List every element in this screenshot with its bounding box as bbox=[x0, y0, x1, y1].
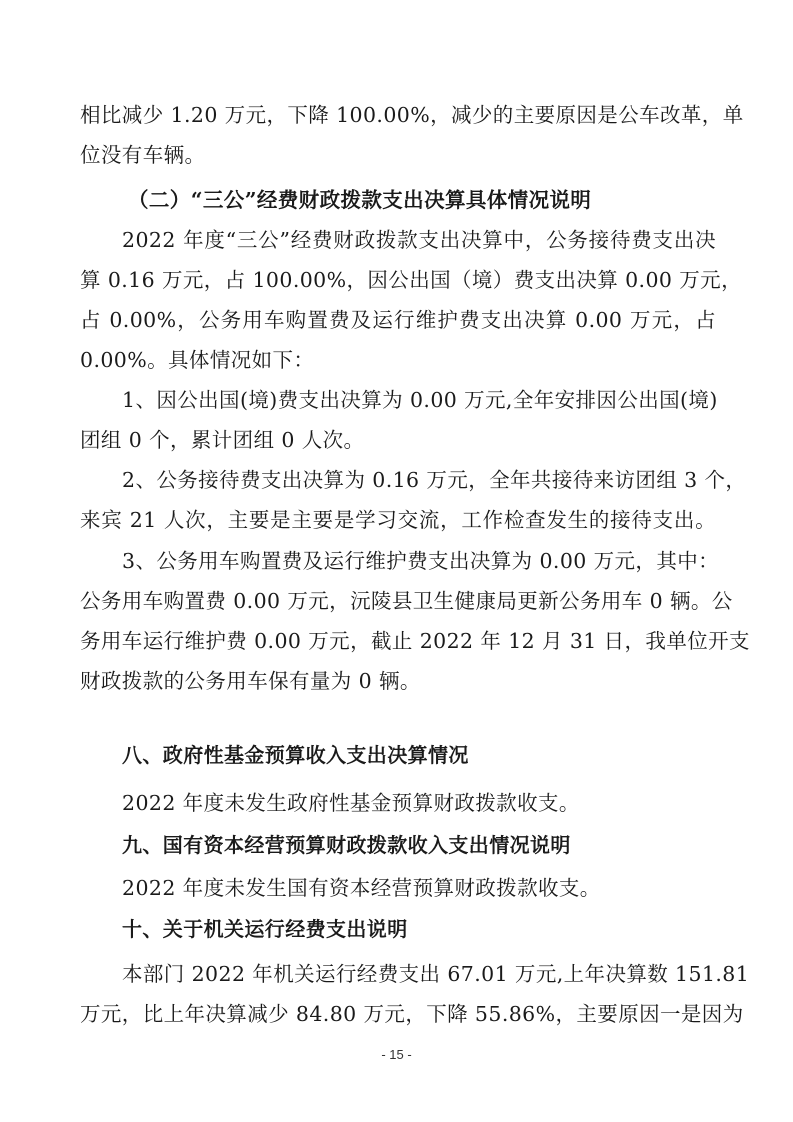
body-line: 务用车运行维护费 0.00 万元，截止 2022 年 12 月 31 日，我单位… bbox=[80, 627, 716, 655]
body-line: 算 0.16 万元，占 100.00%，因公出国（境）费支出决算 0.00 万元… bbox=[80, 266, 716, 294]
body-line: 本部门 2022 年机关运行经费支出 67.01 万元,上年决算数 151.81 bbox=[80, 960, 716, 988]
heading-agency-operating-expenses: 十、关于机关运行经费支出说明 bbox=[80, 915, 716, 943]
body-line: 占 0.00%，公务用车购置费及运行维护费支出决算 0.00 万元，占 bbox=[80, 306, 716, 334]
body-line: 位没有车辆。 bbox=[80, 141, 716, 169]
body-line: 3、公务用车购置费及运行维护费支出决算为 0.00 万元，其中： bbox=[80, 547, 716, 575]
body-line: 公务用车购置费 0.00 万元，沅陵县卫生健康局更新公务用车 0 辆。公 bbox=[80, 587, 716, 615]
body-line: 2、公务接待费支出决算为 0.16 万元，全年共接待来访团组 3 个， bbox=[80, 466, 716, 494]
body-line: 万元，比上年决算减少 84.80 万元，下降 55.86%，主要原因一是因为 bbox=[80, 1000, 716, 1028]
body-line: 财政拨款的公务用车保有量为 0 辆。 bbox=[80, 667, 716, 695]
body-line: 2022 年度“三公”经费财政拨款支出决算中，公务接待费支出决 bbox=[80, 226, 716, 254]
body-line: 相比减少 1.20 万元，下降 100.00%，减少的主要原因是公车改革，单 bbox=[80, 101, 716, 129]
body-line: 来宾 21 人次，主要是主要是学习交流，工作检查发生的接待支出。 bbox=[80, 506, 716, 534]
body-line: 1、因公出国(境)费支出决算为 0.00 万元,全年安排因公出国(境) bbox=[80, 386, 716, 414]
page-number: - 15 - bbox=[0, 1047, 793, 1062]
heading-government-fund-budget: 八、政府性基金预算收入支出决算情况 bbox=[80, 741, 716, 769]
heading-state-capital-budget: 九、国有资本经营预算财政拨款收入支出情况说明 bbox=[80, 831, 716, 859]
sub-heading-three-public-expenses: （二）“三公”经费财政拨款支出决算具体情况说明 bbox=[80, 186, 716, 214]
body-line: 2022 年度未发生国有资本经营预算财政拨款收支。 bbox=[80, 874, 716, 902]
body-line: 团组 0 个，累计团组 0 人次。 bbox=[80, 426, 716, 454]
body-line: 2022 年度未发生政府性基金预算财政拨款收支。 bbox=[80, 789, 716, 817]
body-line: 0.00%。具体情况如下： bbox=[80, 346, 716, 374]
